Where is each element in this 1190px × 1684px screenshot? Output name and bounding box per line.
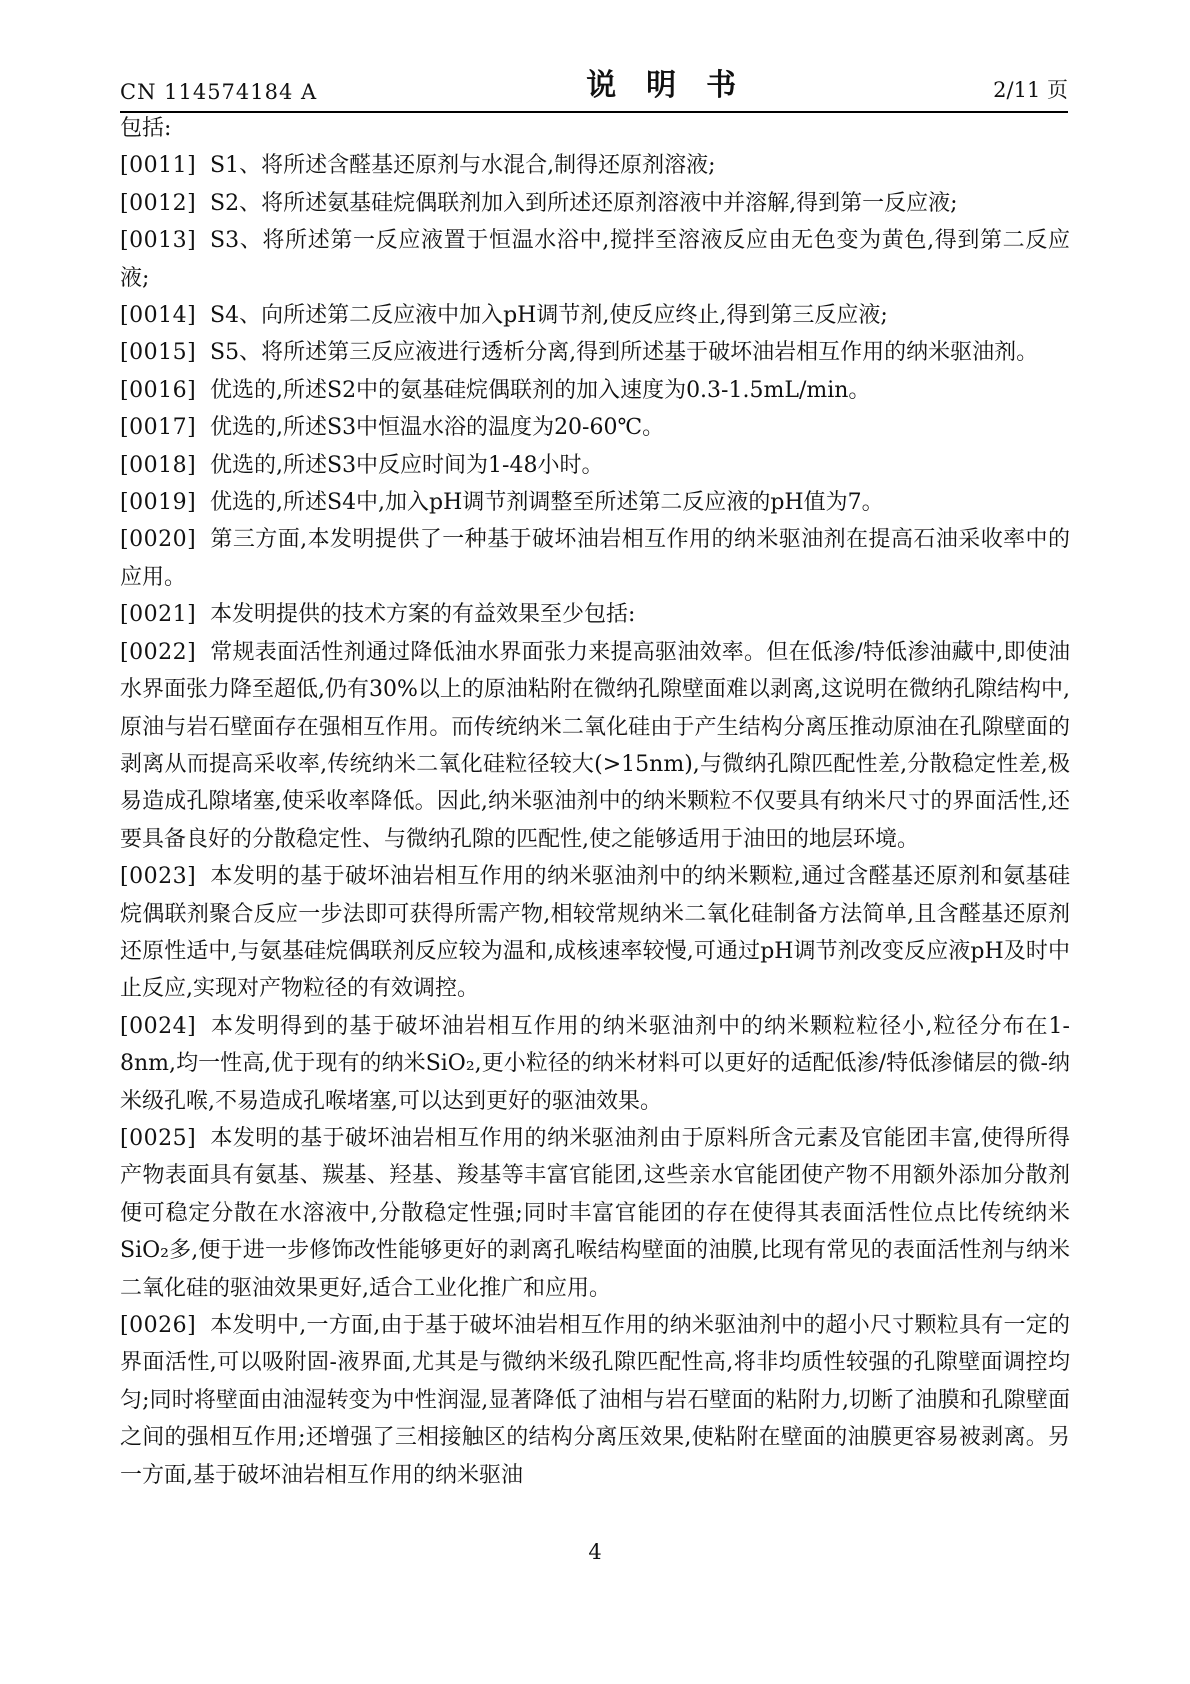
paragraph-number: [0017] (120, 409, 210, 446)
paragraph: [0020]第三方面,本发明提供了一种基于破坏油岩相互作用的纳米驱油剂在提高石油… (120, 521, 1070, 596)
paragraph-number: [0015] (120, 334, 210, 371)
paragraph-number: [0011] (120, 147, 210, 184)
paragraph-number: [0019] (120, 484, 210, 521)
paragraph: [0015]S5、将所述第三反应液进行透析分离,得到所述基于破坏油岩相互作用的纳… (120, 334, 1070, 371)
paragraph: [0013]S3、将所述第一反应液置于恒温水浴中,搅拌至溶液反应由无色变为黄色,… (120, 222, 1070, 297)
paragraph: [0017]优选的,所述S3中恒温水浴的温度为20-60℃。 (120, 409, 1070, 446)
paragraph-text: 包括: (120, 116, 171, 141)
paragraph-text: S4、向所述第二反应液中加入pH调节剂,使反应终止,得到第三反应液; (210, 303, 888, 328)
paragraph: [0024]本发明得到的基于破坏油岩相互作用的纳米驱油剂中的纳米颗粒粒径小,粒径… (120, 1008, 1070, 1120)
paragraph-number: [0013] (120, 222, 210, 259)
paragraph-text: S3、将所述第一反应液置于恒温水浴中,搅拌至溶液反应由无色变为黄色,得到第二反应… (120, 228, 1070, 290)
paragraph-number: [0014] (120, 297, 210, 334)
paragraph-number: [0018] (120, 447, 210, 484)
paragraph-text: 优选的,所述S4中,加入pH调节剂调整至所述第二反应液的pH值为7。 (210, 490, 884, 515)
page-footer: 4 (0, 1540, 1190, 1564)
paragraph-text: 本发明提供的技术方案的有益效果至少包括: (210, 602, 635, 627)
paragraph-text: 优选的,所述S3中恒温水浴的温度为20-60℃。 (210, 415, 664, 440)
paragraph-number: [0021] (120, 596, 210, 633)
paragraph: [0011]S1、将所述含醛基还原剂与水混合,制得还原剂溶液; (120, 147, 1070, 184)
document-title: 说 明 书 (586, 60, 736, 104)
paragraph-text: S5、将所述第三反应液进行透析分离,得到所述基于破坏油岩相互作用的纳米驱油剂。 (210, 340, 1038, 365)
paragraph: [0022]常规表面活性剂通过降低油水界面张力来提高驱油效率。但在低渗/特低渗油… (120, 634, 1070, 858)
paragraph-number: [0023] (120, 858, 210, 895)
paragraph-text: 常规表面活性剂通过降低油水界面张力来提高驱油效率。但在低渗/特低渗油藏中,即使油… (120, 640, 1070, 852)
paragraph-text: 本发明得到的基于破坏油岩相互作用的纳米驱油剂中的纳米颗粒粒径小,粒径分布在1-8… (120, 1014, 1070, 1114)
paragraph-number: [0025] (120, 1120, 210, 1157)
paragraph-number: [0016] (120, 372, 210, 409)
paragraph: [0012]S2、将所述氨基硅烷偶联剂加入到所述还原剂溶液中并溶解,得到第一反应… (120, 185, 1070, 222)
paragraph: [0025]本发明的基于破坏油岩相互作用的纳米驱油剂由于原料所含元素及官能团丰富… (120, 1120, 1070, 1307)
paragraph-number: [0020] (120, 521, 210, 558)
paragraph: [0019]优选的,所述S4中,加入pH调节剂调整至所述第二反应液的pH值为7。 (120, 484, 1070, 521)
paragraph-text: 本发明中,一方面,由于基于破坏油岩相互作用的纳米驱油剂中的超小尺寸颗粒具有一定的… (120, 1313, 1070, 1488)
paragraph: [0016]优选的,所述S2中的氨基硅烷偶联剂的加入速度为0.3-1.5mL/m… (120, 372, 1070, 409)
paragraph-number: [0024] (120, 1008, 210, 1045)
document-number: CN 114574184 A (120, 80, 317, 104)
paragraph-text: S2、将所述氨基硅烷偶联剂加入到所述还原剂溶液中并溶解,得到第一反应液; (210, 191, 957, 216)
paragraph-number: [0026] (120, 1307, 210, 1344)
paragraph: [0023]本发明的基于破坏油岩相互作用的纳米驱油剂中的纳米颗粒,通过含醛基还原… (120, 858, 1070, 1008)
paragraph: [0018]优选的,所述S3中反应时间为1-48小时。 (120, 447, 1070, 484)
paragraph: [0026]本发明中,一方面,由于基于破坏油岩相互作用的纳米驱油剂中的超小尺寸颗… (120, 1307, 1070, 1494)
paragraph-text: 本发明的基于破坏油岩相互作用的纳米驱油剂中的纳米颗粒,通过含醛基还原剂和氨基硅烷… (120, 864, 1070, 1001)
paragraph-text: 优选的,所述S3中反应时间为1-48小时。 (210, 453, 604, 478)
page-indicator: 2/11 页 (993, 74, 1068, 104)
paragraph-number: [0022] (120, 634, 210, 671)
footer-page-number: 4 (588, 1540, 601, 1564)
patent-document-page: CN 114574184 A 说 明 书 2/11 页 包括: [0011]S1… (0, 0, 1190, 1684)
page-header: CN 114574184 A 说 明 书 2/11 页 (120, 60, 1068, 113)
paragraph-text: 第三方面,本发明提供了一种基于破坏油岩相互作用的纳米驱油剂在提高石油采收率中的应… (120, 527, 1070, 589)
document-body: 包括: [0011]S1、将所述含醛基还原剂与水混合,制得还原剂溶液; [001… (120, 110, 1070, 1494)
paragraph-text: S1、将所述含醛基还原剂与水混合,制得还原剂溶液; (210, 153, 715, 178)
paragraph: [0014]S4、向所述第二反应液中加入pH调节剂,使反应终止,得到第三反应液; (120, 297, 1070, 334)
paragraph-text: 优选的,所述S2中的氨基硅烷偶联剂的加入速度为0.3-1.5mL/min。 (210, 378, 870, 403)
paragraph: 包括: (120, 110, 1070, 147)
paragraph: [0021]本发明提供的技术方案的有益效果至少包括: (120, 596, 1070, 633)
paragraph-number: [0012] (120, 185, 210, 222)
paragraph-text: 本发明的基于破坏油岩相互作用的纳米驱油剂由于原料所含元素及官能团丰富,使得所得产… (120, 1126, 1070, 1301)
